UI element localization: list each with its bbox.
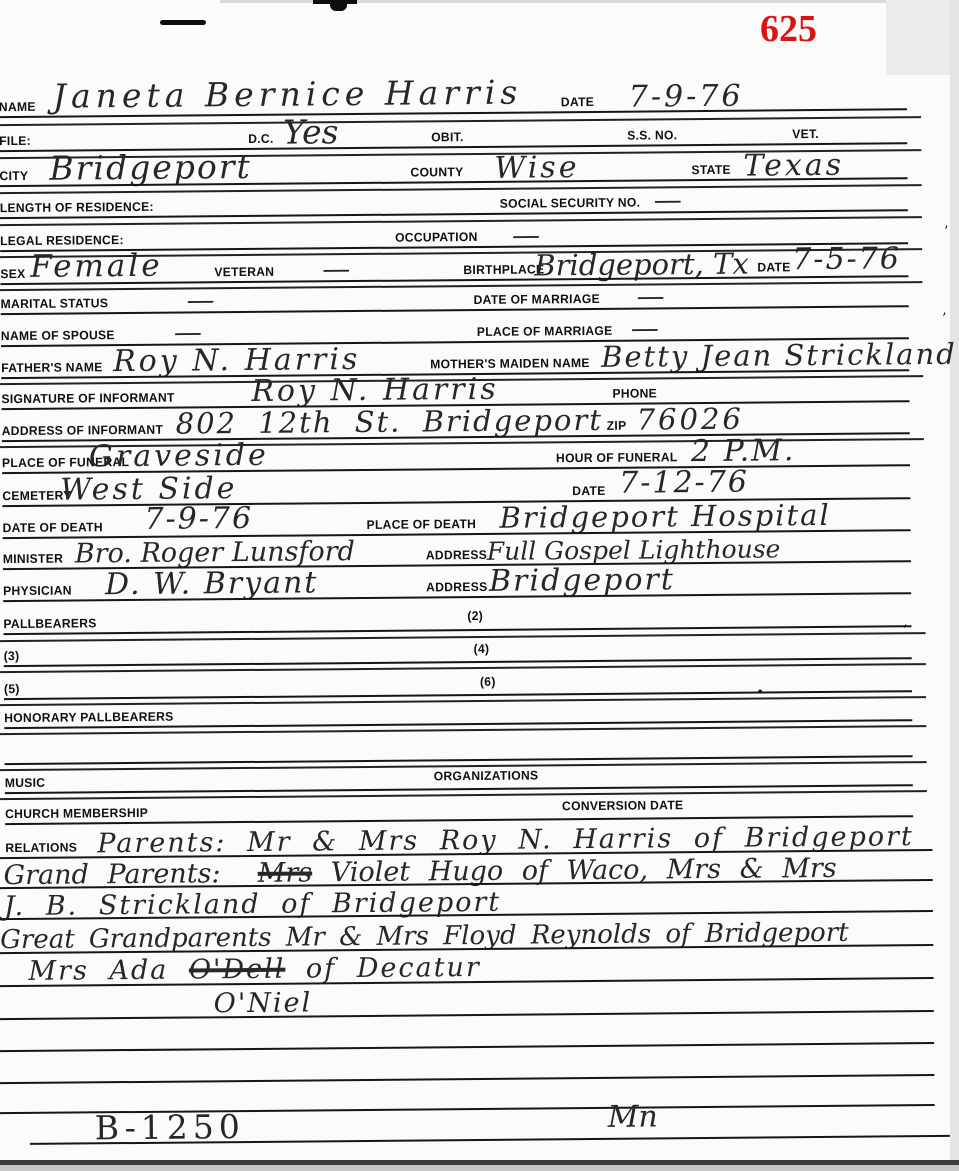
place-of-marriage-label: PLACE OF MARRIAGE: [477, 324, 613, 339]
ssn-label: SOCIAL SECURITY NO.: [500, 196, 641, 211]
minister-address-value: Full Gospel Lighthouse: [487, 536, 781, 564]
cemetery-date-label: DATE: [572, 484, 605, 498]
place-of-funeral-value: Graveside: [89, 441, 269, 473]
church-membership-label: CHURCH MEMBERSHIP: [5, 806, 148, 821]
place-of-death-value: Bridgeport Hospital: [499, 501, 830, 533]
relations-label: RELATIONS: [5, 840, 77, 855]
minister-label: MINISTER: [3, 552, 63, 567]
obit-label: OBIT.: [431, 130, 464, 144]
pallbearers-label: PALLBEARERS: [3, 616, 96, 631]
date-of-death-value: 7-9-76: [144, 504, 253, 535]
date-of-death-label: DATE OF DEATH: [3, 520, 103, 535]
marital-status-label: MARITAL STATUS: [1, 296, 109, 311]
marital-status-value: —: [186, 286, 214, 314]
minister-value: Bro. Roger Lunsford: [75, 538, 355, 567]
veteran-value: —: [322, 255, 350, 283]
state-label: STATE: [691, 163, 731, 177]
relations-line5: Mrs Ada O'Dell of Decatur: [28, 954, 481, 985]
spouse-label: NAME OF SPOUSE: [1, 328, 115, 343]
minister-address-label: ADDRESS: [426, 548, 487, 563]
city-value: Bridgeport: [49, 150, 252, 185]
legal-residence-label: LEGAL RESIDENCE:: [0, 233, 124, 248]
father-name-label: FATHER'S NAME: [1, 360, 103, 375]
rule-line: [0, 1042, 934, 1053]
pallbearer-slot5-label: (5): [4, 682, 20, 696]
name-label: NAME: [0, 100, 36, 114]
veteran-label: VETERAN: [214, 265, 274, 280]
informant-signature-value: Roy N. Harris: [251, 375, 499, 407]
mother-maiden-name-label: MOTHER'S MAIDEN NAME: [430, 356, 590, 371]
ss-no-label: S.S. NO.: [627, 128, 677, 142]
spouse-value: —: [174, 318, 202, 346]
place-of-death-label: PLACE OF DEATH: [366, 517, 476, 532]
birthplace-label: BIRTHPLACE: [463, 262, 544, 277]
relations-line5-pre: Mrs Ada: [28, 955, 168, 987]
birth-date-label: DATE: [757, 260, 790, 274]
birthplace-value: Bridgeport, Tx: [534, 250, 749, 281]
dc-value: Yes: [283, 115, 339, 148]
rule-line: [0, 1010, 934, 1021]
form-body: NAME Janeta Bernice Harris DATE 7-9-76 F…: [0, 0, 959, 1171]
date-of-marriage-label: DATE OF MARRIAGE: [474, 292, 600, 307]
name-date-label: DATE: [561, 95, 594, 109]
relations-line6: O'Niel: [214, 989, 313, 1017]
informant-address-label: ADDRESS OF INFORMANT: [2, 423, 164, 438]
place-of-marriage-value: —: [631, 314, 659, 342]
occupation-label: OCCUPATION: [395, 230, 478, 245]
relations-line5-post: of Decatur: [306, 952, 481, 985]
name-value: Janeta Bernice Harris: [53, 76, 523, 113]
physician-address-value: Bridgeport: [489, 565, 675, 597]
scanned-funeral-record-form: ’ ’ ’ • 625 NAME Janeta Bernice Harris D…: [0, 0, 959, 1171]
physician-address-label: ADDRESS: [426, 580, 487, 595]
physician-value: D. W. Bryant: [105, 568, 319, 600]
mother-maiden-name-value: Betty Jean Strickland: [601, 340, 957, 372]
sex-label: SEX: [0, 267, 25, 281]
pallbearer-slot3-label: (3): [4, 649, 20, 663]
hour-of-funeral-label: HOUR OF FUNERAL: [556, 450, 678, 465]
city-label: CITY: [0, 169, 28, 183]
file-label: FILE:: [0, 134, 31, 148]
organizations-label: ORGANIZATIONS: [434, 768, 539, 783]
birth-date-value: 7-5-76: [792, 244, 901, 275]
date-of-marriage-value: —: [636, 282, 664, 310]
county-label: COUNTY: [410, 165, 463, 179]
rule-line: [1, 305, 909, 315]
name-date-value: 7-9-76: [629, 82, 744, 113]
vet-label: VET.: [792, 127, 819, 141]
sex-value: Female: [30, 251, 163, 283]
phone-label: PHONE: [612, 386, 657, 400]
pallbearer-slot4-label: (4): [474, 642, 490, 656]
clerk-initials: Mn: [608, 1102, 658, 1132]
physician-label: PHYSICIAN: [3, 584, 72, 599]
zip-label: ZIP: [607, 419, 627, 433]
rule-line: [0, 116, 921, 126]
cemetery-date-value: 7-12-76: [619, 468, 749, 499]
pallbearer-slot2-label: (2): [467, 609, 483, 623]
rule-line: [0, 1074, 934, 1085]
music-label: MUSIC: [5, 776, 46, 790]
informant-address-value: 802 12th St. Bridgeport: [176, 406, 604, 439]
zip-value: 76026: [637, 405, 745, 435]
conversion-date-label: CONVERSION DATE: [562, 798, 683, 813]
pallbearer-slot6-label: (6): [480, 675, 496, 689]
informant-signature-label: SIGNATURE OF INFORMANT: [1, 391, 174, 407]
hour-of-funeral-value: 2 P.M.: [691, 436, 796, 467]
residence-label: LENGTH OF RESIDENCE:: [0, 200, 154, 215]
honorary-pallbearers-label: HONORARY PALLBEARERS: [4, 710, 173, 725]
ssn-value: —: [654, 186, 682, 214]
relations-line5-struck-word: O'Dell: [189, 954, 286, 986]
dc-label: D.C.: [248, 132, 274, 146]
case-number-value: B-1250: [95, 1110, 245, 1144]
